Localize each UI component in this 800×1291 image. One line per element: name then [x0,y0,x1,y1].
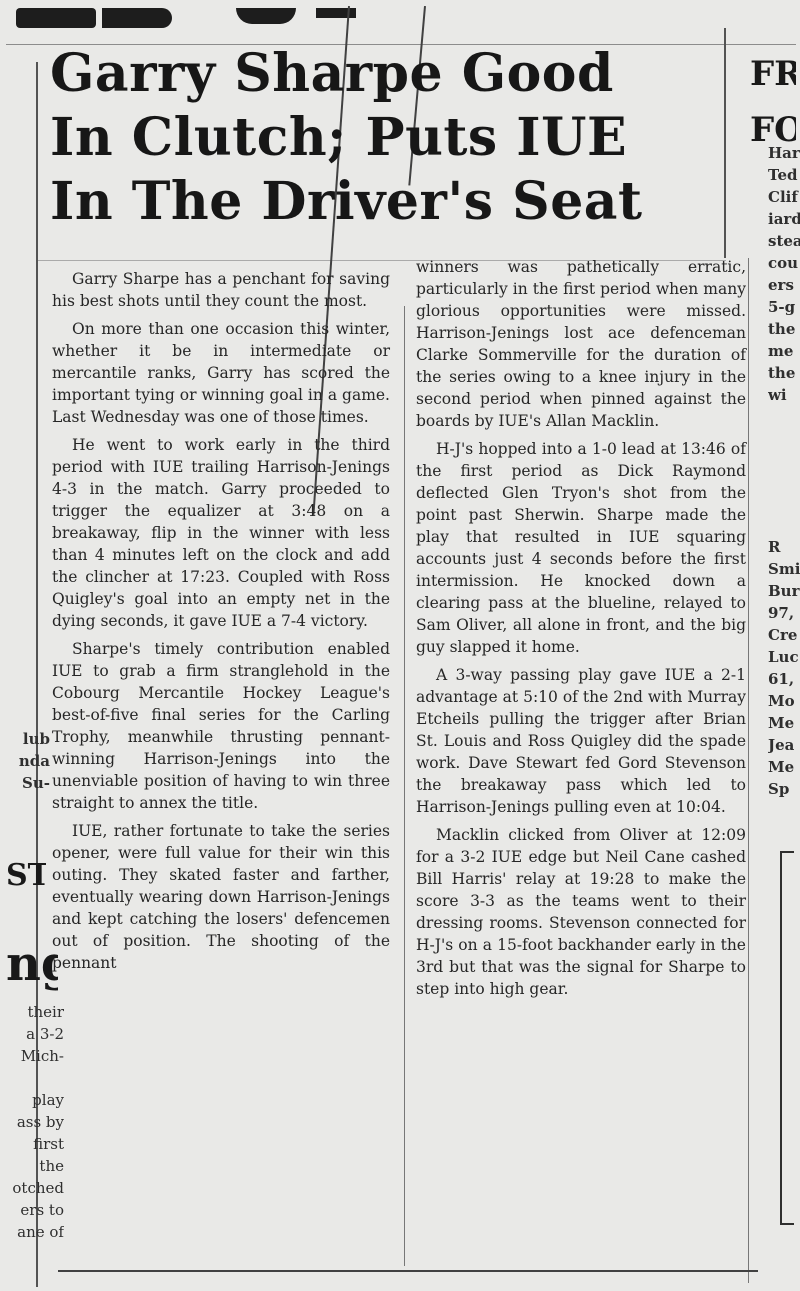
fragment-line: R [768,536,800,558]
fragment-line: iard [768,208,800,230]
masthead-fragment [16,6,436,32]
fragment-line: Har [768,142,800,164]
fragment-line: 5-g [768,296,800,318]
fragment-line: ane of [8,1221,64,1243]
paragraph: On more than one occasion this winter, w… [52,318,390,428]
fragment-line: ers [768,274,800,296]
fragment-line: Cre [768,624,800,646]
headline-line-3: In The Driver's Seat [50,170,710,234]
fragment-line: play [8,1089,64,1111]
fragment-line: their [8,1001,64,1023]
adjacent-column-right-top: HarTedClifiardsteacouers5-gthemethewi [768,142,800,406]
fragment-line: first [8,1133,64,1155]
adjacent-column-left-bottom: theira 3-2Mich- playass byfirsttheotched… [8,1001,64,1243]
paragraph: Sharpe's timely contribution enabled IUE… [52,638,390,814]
paragraph: Garry Sharpe has a penchant for saving h… [52,268,390,312]
article-column-1: Garry Sharpe has a penchant for saving h… [52,268,390,980]
fragment-line: Bur [768,580,800,602]
bottom-rule [58,1270,758,1272]
paragraph: H-J's hopped into a 1-0 lead at 13:46 of… [416,438,746,658]
fragment-line: Me [768,756,800,778]
fragment-line: the [768,318,800,340]
fragment-line: Jea [768,734,800,756]
paragraph: A 3-way passing play gave IUE a 2-1 adva… [416,664,746,818]
fragment-line: Mo [768,690,800,712]
fragment-line: the [8,1155,64,1177]
fragment-line: ers to [8,1199,64,1221]
fragment-line: otched [8,1177,64,1199]
right-column-divider [748,258,749,1283]
adjacent-column-left-mid: lubndaSu- [14,728,50,794]
paragraph: Macklin clicked from Oliver at 12:09 for… [416,824,746,1000]
fragment-line: wi [768,384,800,406]
fragment-line: a 3-2 [8,1023,64,1045]
fragment-line: stea [768,230,800,252]
article-column-2: winners was pathetically erratic, partic… [416,256,746,1006]
fragment-line: lub [14,728,50,750]
fragment-line: ass by [8,1111,64,1133]
fragment-line: cou [768,252,800,274]
paragraph: He went to work early in the third perio… [52,434,390,632]
fragment-line: the [768,362,800,384]
fragment-line: Mich- [8,1045,64,1067]
fragment-line: me [768,340,800,362]
adjacent-headline-left-1: ST [6,858,46,893]
headline-line-1: Garry Sharpe Good [50,42,710,106]
right-column-divider-top [724,28,726,258]
fragment-line: nda [14,750,50,772]
fragment-line: 61, [768,668,800,690]
fragment-line: Me [768,712,800,734]
newspaper-page: Garry Sharpe Good In Clutch; Puts IUE In… [6,6,796,1286]
fragment-line: 97, [768,602,800,624]
fragment-line: Luc [768,646,800,668]
paragraph: winners was pathetically erratic, partic… [416,256,746,432]
headline-line-2: In Clutch; Puts IUE [50,106,710,170]
adjacent-column-right-mid: RSmiBur97,CreLuc61,MoMeJeaMeSp [768,536,800,800]
paragraph: IUE, rather fortunate to take the series… [52,820,390,974]
fragment-line: Su- [14,772,50,794]
article-headline: Garry Sharpe Good In Clutch; Puts IUE In… [50,42,710,234]
fragment-line: Clif [768,186,800,208]
side-bracket [780,851,794,1225]
fragment-line: Smi [768,558,800,580]
fragment-line: Ted [768,164,800,186]
center-column-divider [404,306,405,1266]
adjacent-headline-left-2: ng [6,936,58,992]
fragment-line [8,1067,64,1089]
fragment-line: Sp [768,778,800,800]
